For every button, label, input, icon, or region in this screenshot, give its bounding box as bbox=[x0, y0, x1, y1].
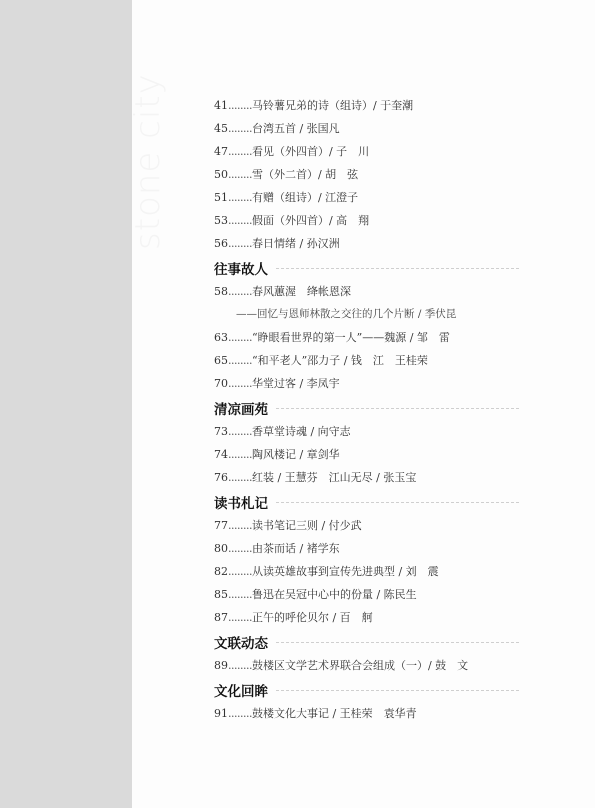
entry-title: 华堂过客 / 李凤宇 bbox=[252, 377, 340, 390]
leader-dots: ........ bbox=[228, 191, 252, 204]
leader-dots: ........ bbox=[228, 331, 252, 344]
page-number: 87 bbox=[214, 611, 228, 624]
entry-title: “和平老人”邵力子 / 钱 江 王桂荣 bbox=[252, 354, 428, 367]
toc-entry[interactable]: 50........雪（外二首）/ 胡 弦 bbox=[214, 163, 519, 186]
entry-title: “睁眼看世界的第一人”——魏源 / 邹 雷 bbox=[252, 331, 450, 344]
entry-title: 春风蕙渥 绛帐恩深 bbox=[252, 285, 351, 298]
leader-dots: ........ bbox=[228, 122, 252, 135]
entry-title: 红装 / 王慧芬 江山无尽 / 张玉宝 bbox=[252, 471, 416, 484]
toc-entry[interactable]: 76........红装 / 王慧芬 江山无尽 / 张玉宝 bbox=[214, 466, 519, 489]
entry-title: 鲁迅在吴冠中心中的份量 / 陈民生 bbox=[252, 588, 417, 601]
toc-entry[interactable]: 77........读书笔记三则 / 付少武 bbox=[214, 514, 519, 537]
section-title: 清凉画苑 bbox=[214, 398, 268, 418]
page-number: 47 bbox=[214, 145, 228, 158]
page-number: 41 bbox=[214, 99, 228, 112]
page-number: 45 bbox=[214, 122, 228, 135]
toc-entry[interactable]: 91........鼓楼文化大事记 / 王桂荣 袁华青 bbox=[214, 702, 519, 725]
page-number: 77 bbox=[214, 519, 228, 532]
toc-entry[interactable]: 56........春日情绪 / 孙汉洲 bbox=[214, 232, 519, 255]
leader-dots: ........ bbox=[228, 214, 252, 227]
toc-entry[interactable]: 73........香草堂诗魂 / 向守志 bbox=[214, 420, 519, 443]
page-number: 85 bbox=[214, 588, 228, 601]
toc-entry[interactable]: 82........从读英雄故事到宣传先进典型 / 刘 震 bbox=[214, 560, 519, 583]
toc-entry[interactable]: 47........看见（外四首）/ 子 川 bbox=[214, 140, 519, 163]
section-header: 往事故人 bbox=[214, 255, 519, 280]
page-number: 73 bbox=[214, 425, 228, 438]
page-number: 74 bbox=[214, 448, 228, 461]
toc-entry[interactable]: 58........春风蕙渥 绛帐恩深 bbox=[214, 280, 519, 303]
entry-title: 有赠（组诗）/ 江澄子 bbox=[252, 191, 358, 204]
section-header: 文化回眸 bbox=[214, 677, 519, 702]
dashed-divider bbox=[276, 268, 519, 269]
leader-dots: ........ bbox=[228, 354, 252, 367]
section-title: 往事故人 bbox=[214, 258, 268, 278]
toc-entry[interactable]: 70........华堂过客 / 李凤宇 bbox=[214, 372, 519, 395]
leader-dots: ........ bbox=[228, 588, 252, 601]
dashed-divider bbox=[276, 690, 519, 691]
dashed-divider bbox=[276, 642, 519, 643]
entry-title: 由茶而话 / 褚学东 bbox=[252, 542, 340, 555]
toc-entry[interactable]: 63........“睁眼看世界的第一人”——魏源 / 邹 雷 bbox=[214, 326, 519, 349]
entry-title: 春日情绪 / 孙汉洲 bbox=[252, 237, 340, 250]
entry-title: 读书笔记三则 / 付少武 bbox=[252, 519, 362, 532]
dashed-divider bbox=[276, 408, 519, 409]
page-number: 56 bbox=[214, 237, 228, 250]
page-number: 65 bbox=[214, 354, 228, 367]
entry-title: 正午的呼伦贝尔 / 百 舸 bbox=[252, 611, 373, 624]
toc-entry[interactable]: 89........鼓楼区文学艺术界联合会组成（一）/ 鼓 文 bbox=[214, 654, 519, 677]
toc-entry[interactable]: 74........陶风楼记 / 章剑华 bbox=[214, 443, 519, 466]
leader-dots: ........ bbox=[228, 285, 252, 298]
leader-dots: ........ bbox=[228, 707, 252, 720]
entry-title: 台湾五首 / 张国凡 bbox=[252, 122, 340, 135]
table-of-contents: 41........马铃薯兄弟的诗（组诗）/ 于奎潮 45........台湾五… bbox=[214, 94, 519, 725]
leader-dots: ........ bbox=[228, 542, 252, 555]
leader-dots: ........ bbox=[228, 237, 252, 250]
page-number: 91 bbox=[214, 707, 228, 720]
toc-entry[interactable]: 65........“和平老人”邵力子 / 钱 江 王桂荣 bbox=[214, 349, 519, 372]
section-header: 清凉画苑 bbox=[214, 395, 519, 420]
leader-dots: ........ bbox=[228, 99, 252, 112]
dashed-divider bbox=[276, 502, 519, 503]
leader-dots: ........ bbox=[228, 377, 252, 390]
side-panel: stone city bbox=[0, 0, 132, 808]
toc-entry[interactable]: 41........马铃薯兄弟的诗（组诗）/ 于奎潮 bbox=[214, 94, 519, 117]
leader-dots: ........ bbox=[228, 611, 252, 624]
section-header: 文联动态 bbox=[214, 629, 519, 654]
section-title: 文化回眸 bbox=[214, 680, 268, 700]
leader-dots: ........ bbox=[228, 471, 252, 484]
page-number: 76 bbox=[214, 471, 228, 484]
entry-title: 马铃薯兄弟的诗（组诗）/ 于奎潮 bbox=[252, 99, 413, 112]
entry-title: 陶风楼记 / 章剑华 bbox=[252, 448, 340, 461]
page-number: 53 bbox=[214, 214, 228, 227]
page-number: 80 bbox=[214, 542, 228, 555]
leader-dots: ........ bbox=[228, 448, 252, 461]
entry-title: 香草堂诗魂 / 向守志 bbox=[252, 425, 351, 438]
leader-dots: ........ bbox=[228, 425, 252, 438]
section-header: 读书札记 bbox=[214, 489, 519, 514]
entry-title: 鼓楼文化大事记 / 王桂荣 袁华青 bbox=[252, 707, 417, 720]
entry-subtitle: ——回忆与恩师林散之交往的几个片断 / 季伏昆 bbox=[236, 308, 456, 320]
toc-entry-subtitle: ——回忆与恩师林散之交往的几个片断 / 季伏昆 bbox=[214, 303, 519, 326]
page-number: 82 bbox=[214, 565, 228, 578]
page-number: 70 bbox=[214, 377, 228, 390]
entry-title: 看见（外四首）/ 子 川 bbox=[252, 145, 369, 158]
entry-title: 雪（外二首）/ 胡 弦 bbox=[252, 168, 358, 181]
toc-entry[interactable]: 85........鲁迅在吴冠中心中的份量 / 陈民生 bbox=[214, 583, 519, 606]
leader-dots: ........ bbox=[228, 519, 252, 532]
entry-title: 鼓楼区文学艺术界联合会组成（一）/ 鼓 文 bbox=[252, 659, 468, 672]
entry-title: 假面（外四首）/ 高 翔 bbox=[252, 214, 369, 227]
section-title: 文联动态 bbox=[214, 632, 268, 652]
leader-dots: ........ bbox=[228, 565, 252, 578]
page-number: 58 bbox=[214, 285, 228, 298]
toc-entry[interactable]: 45........台湾五首 / 张国凡 bbox=[214, 117, 519, 140]
toc-entry[interactable]: 53........假面（外四首）/ 高 翔 bbox=[214, 209, 519, 232]
leader-dots: ........ bbox=[228, 659, 252, 672]
section-title: 读书札记 bbox=[214, 492, 268, 512]
leader-dots: ........ bbox=[228, 145, 252, 158]
brand-text: stone city bbox=[128, 100, 168, 250]
page-number: 50 bbox=[214, 168, 228, 181]
leader-dots: ........ bbox=[228, 168, 252, 181]
page-number: 51 bbox=[214, 191, 228, 204]
page-number: 63 bbox=[214, 331, 228, 344]
toc-entry[interactable]: 51........有赠（组诗）/ 江澄子 bbox=[214, 186, 519, 209]
page-number: 89 bbox=[214, 659, 228, 672]
toc-entry[interactable]: 80........由茶而话 / 褚学东 bbox=[214, 537, 519, 560]
toc-entry[interactable]: 87........正午的呼伦贝尔 / 百 舸 bbox=[214, 606, 519, 629]
entry-title: 从读英雄故事到宣传先进典型 / 刘 震 bbox=[252, 565, 439, 578]
